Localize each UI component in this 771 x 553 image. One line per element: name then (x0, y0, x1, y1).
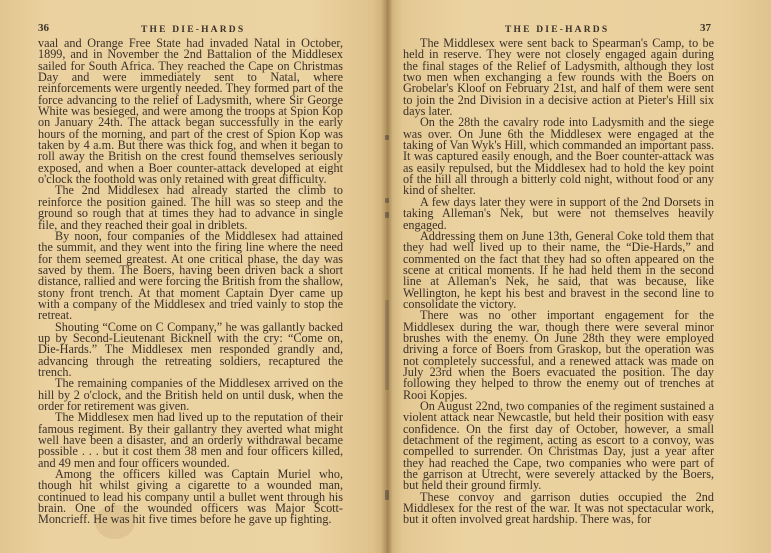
book-gutter (381, 0, 393, 553)
paragraph: On the 28th the cavalry rode into Ladysm… (403, 117, 714, 196)
running-head-left: THE DIE-HARDS (141, 25, 245, 35)
binding-stitch (385, 212, 389, 218)
left-page-body: vaal and Orange Free State had invaded N… (38, 38, 343, 526)
page-number-left: 36 (38, 22, 49, 34)
binding-stitch (385, 198, 389, 203)
paragraph: The remaining companies of the Middlesex… (38, 378, 343, 412)
paragraph: A few days later they were in support of… (403, 197, 714, 231)
paragraph: The 2nd Middlesex had already started th… (38, 185, 343, 230)
paragraph: The Middlesex men had lived up to the re… (38, 412, 343, 469)
paragraph: Shouting “Come on C Company,” he was gal… (38, 322, 343, 379)
running-head-right: THE DIE-HARDS (505, 25, 609, 35)
page-number-right: 37 (700, 22, 711, 34)
right-page-body: The Middlesex were sent back to Spearman… (403, 38, 714, 526)
paragraph: vaal and Orange Free State had invaded N… (38, 38, 343, 185)
paragraph: On August 22nd, two companies of the reg… (403, 401, 714, 492)
paragraph: Addressing them on June 13th, General Co… (403, 231, 714, 310)
book-spread: 36 THE DIE-HARDS vaal and Orange Free St… (0, 0, 771, 553)
binding-stitch (385, 490, 389, 500)
paragraph: These convoy and garrison duties occupie… (403, 492, 714, 526)
binding-stitch (385, 300, 389, 390)
paragraph: Among the officers killed was Captain Mu… (38, 469, 343, 526)
left-page: 36 THE DIE-HARDS vaal and Orange Free St… (0, 0, 388, 553)
binding-stitch (385, 135, 389, 140)
paragraph: There was no other important engagement … (403, 310, 714, 401)
paragraph: The Middlesex were sent back to Spearman… (403, 38, 714, 117)
paragraph: By noon, four companies of the Middlesex… (38, 231, 343, 322)
